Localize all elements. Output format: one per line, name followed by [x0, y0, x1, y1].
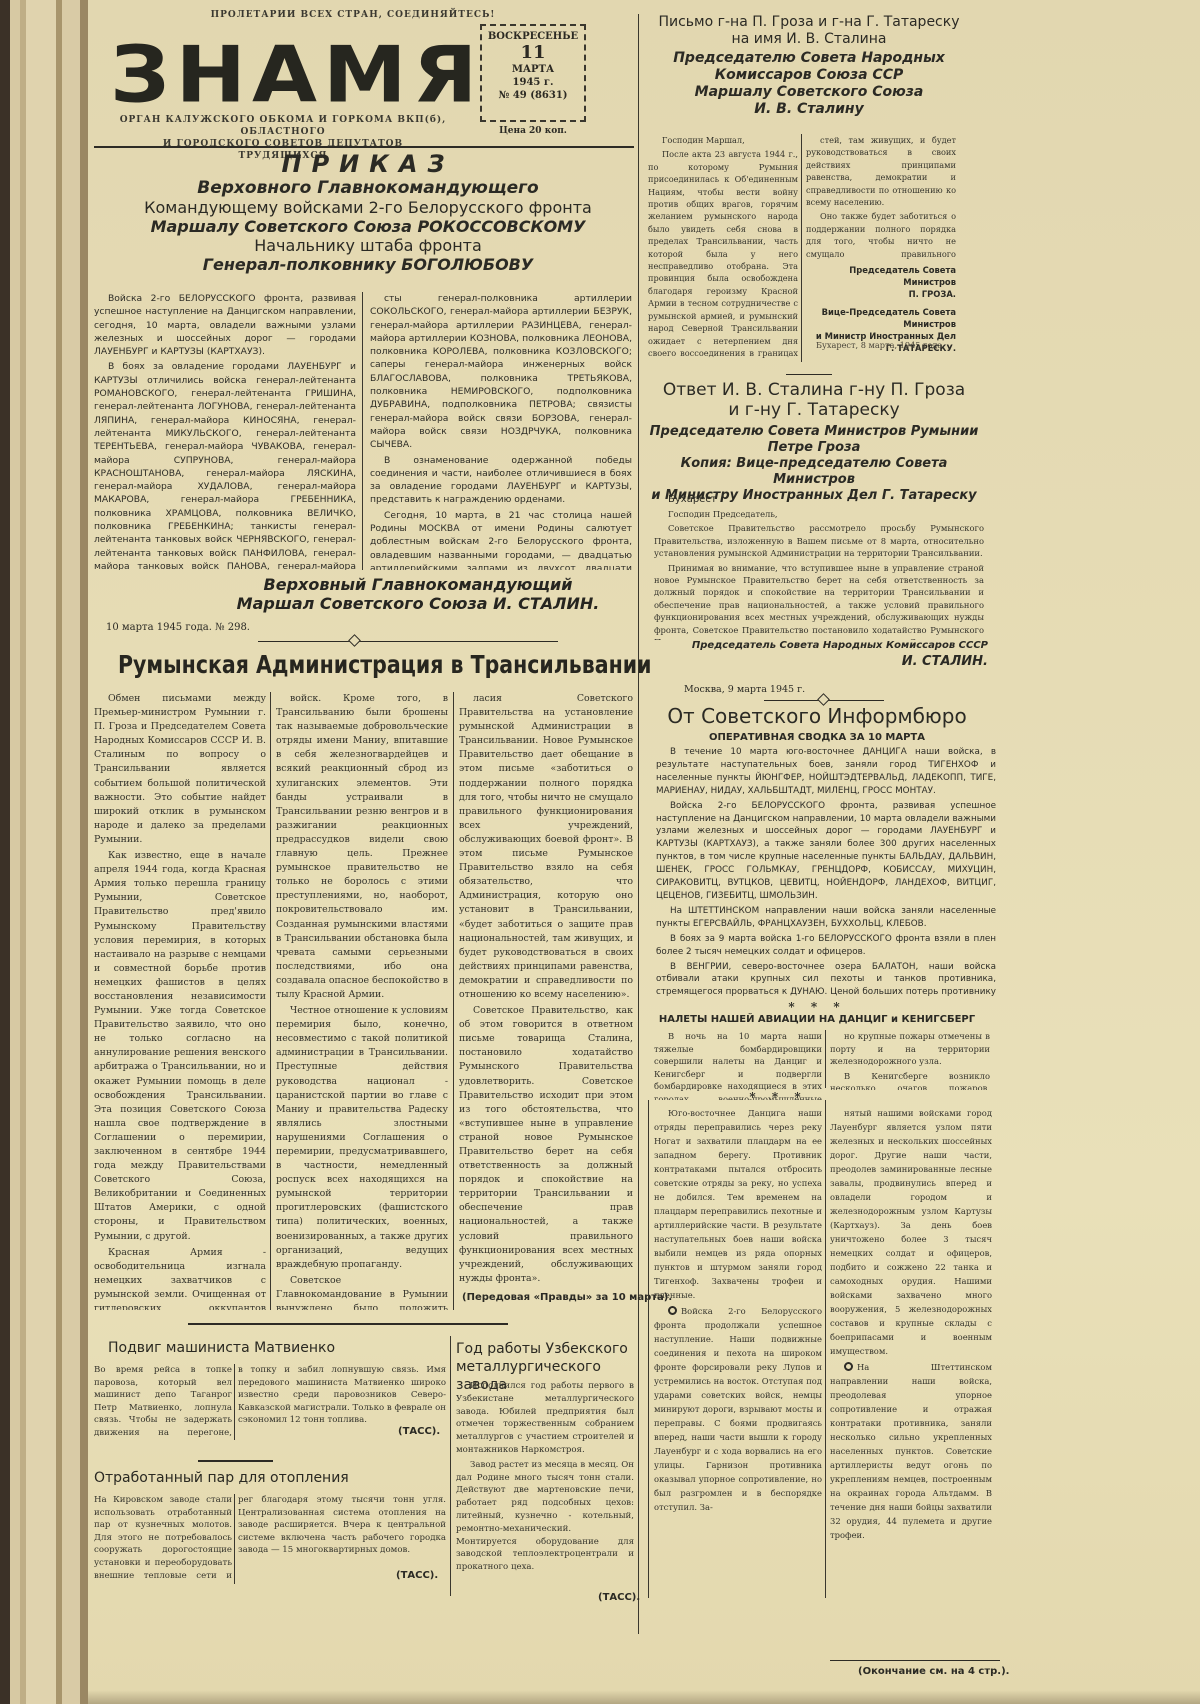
letter-place-date: Бухарест, 8 марта, 1945 года. — [816, 340, 945, 350]
matvienko-source: (ТАСС). — [398, 1426, 440, 1437]
letter-signer-2-role: Вице-Председатель Совета Министров — [806, 306, 956, 330]
reply-paragraph: Советское Правительство рассмотрело прос… — [654, 522, 984, 559]
reply-signature-name: И. СТАЛИН. — [788, 654, 988, 669]
editorial-paragraph: Честное отношение к условиям перемирия б… — [276, 1004, 448, 1272]
editorial-paragraph: Советское Правительство, как об этом гов… — [459, 1004, 633, 1286]
editorial-paragraph: Советское Главнокомандование в Румынии в… — [276, 1274, 448, 1310]
column-divider — [270, 692, 271, 1310]
letter-heading: Письмо г-на П. Гроза и г-на Г. Татареску… — [644, 14, 974, 48]
motto: ПРОЛЕТАРИИ ВСЕХ СТРАН, СОЕДИНЯЙТЕСЬ! — [208, 10, 498, 20]
diamond-ornament — [348, 634, 361, 647]
informburo-paragraph: В боях за 9 марта войска 1-го БЕЛОРУССКО… — [656, 933, 996, 959]
year: 1945 г. — [484, 76, 582, 89]
informburo-paragraph: В ВЕНГРИИ, северо-восточнее озера БАЛАТО… — [656, 961, 996, 1000]
column-divider — [453, 692, 454, 1310]
informburo-title: От Советского Информбюро — [644, 704, 990, 728]
lower-paragraph: Войска 2-го Белорусского фронта продолжа… — [654, 1304, 822, 1514]
order-subtitle: Верховного Главнокомандующего — [108, 178, 628, 198]
newspaper-logo: ЗНАМЯ — [110, 36, 483, 113]
separator — [188, 1323, 508, 1325]
uzbek-paragraph: Исполнился год работы первого в Узбекист… — [456, 1380, 634, 1457]
raids-paragraph: В Кенигсберге возникло несколько очагов … — [830, 1070, 990, 1090]
editorial-column-1: Обмен письмами между Премьер-министром Р… — [94, 692, 266, 1310]
reply-addressee-3: Копия: Вице-председателю Совета Министро… — [644, 456, 984, 488]
column-divider — [648, 1100, 649, 1598]
editorial-paragraph: ласия Советского Правительства на устано… — [459, 692, 633, 1002]
order-column-2: сты генерал-полковника артиллерии СОКОЛЬ… — [370, 292, 632, 570]
order-paragraph: сты генерал-полковника артиллерии СОКОЛЬ… — [370, 292, 632, 452]
order-signature-role: Верховный Главнокомандующий — [208, 575, 628, 594]
order-paragraph: Войска 2-го БЕЛОРУССКОГО фронта, развива… — [94, 292, 356, 358]
uzbek-paragraph: Завод растет из месяца в месяц. Он дал Р… — [456, 1459, 634, 1574]
letter-addressee-1: Председателю Совета Народных — [644, 50, 974, 67]
issue-number: № 49 (8631) — [484, 89, 582, 102]
letter-paragraph: стей, там живущих, и будет руководствова… — [806, 134, 956, 208]
letter-column-2: стей, там живущих, и будет руководствова… — [806, 134, 956, 262]
price: Цена 20 коп. — [480, 126, 586, 136]
letter-addressee-3: Маршалу Советского Союза — [644, 84, 974, 101]
separator — [198, 1460, 273, 1462]
editorial-column-3: ласия Советского Правительства на устано… — [459, 692, 633, 1286]
editorial-paragraph: войск. Кроме того, в Трансильванию были … — [276, 692, 448, 1002]
order-addressee-4: Генерал-полковнику БОГОЛЮБОВУ — [108, 255, 628, 274]
lower-column-1: Юго-восточнее Данцига наши отряды перепр… — [654, 1106, 822, 1594]
letter-paragraph: Оно также будет заботиться о поддержании… — [806, 210, 956, 262]
letter-column-1: Господин Маршал, После акта 23 августа 1… — [648, 134, 798, 362]
informburo-paragraph: На ШТЕТТИНСКОМ направлении наши войска з… — [656, 905, 996, 931]
lower-paragraph-text: Войска 2-го Белорусского фронта продолжа… — [654, 1306, 822, 1512]
editorial-paragraph: Обмен письмами между Премьер-министром Р… — [94, 692, 266, 847]
column-divider — [638, 14, 639, 1634]
reply-place-date: Москва, 9 марта 1945 г. — [684, 684, 805, 695]
stars-separator: * * * — [644, 1000, 990, 1014]
column-divider — [825, 1100, 826, 1598]
matvienko-column-2: в топку и забил лопнувшую связь. Имя пер… — [238, 1364, 446, 1424]
reply-addressee: Председателю Совета Министров Румынии Пе… — [644, 424, 984, 504]
reply-paragraph: Принимая во внимание, что вступившее нын… — [654, 562, 984, 640]
column-divider — [362, 292, 363, 570]
column-divider — [450, 1336, 451, 1596]
letter-paragraph: Господин Маршал, — [648, 134, 798, 146]
steam-column-1: На Кировском заводе стали использовать о… — [94, 1494, 232, 1584]
reply-city: Бухарест — [668, 494, 717, 505]
lower-column-2: нятый нашими войсками город Лауенбург яв… — [830, 1106, 992, 1558]
editorial-paragraph: Красная Армия - освободительница изгнала… — [94, 1246, 266, 1310]
order-paragraph: Сегодня, 10 марта, в 21 час столица наше… — [370, 509, 632, 570]
reply-title-1: Ответ И. В. Сталина г-ну П. Гроза — [644, 380, 984, 400]
day: 11 — [484, 43, 582, 63]
uzbek-source: (ТАСС). — [598, 1592, 640, 1603]
order-column-1: Войска 2-го БЕЛОРУССКОГО фронта, развива… — [94, 292, 356, 570]
reply-signature-role: Председатель Совета Народных Комиссаров … — [688, 640, 988, 651]
bullet-icon — [668, 1306, 677, 1315]
reply-body: Господин Председатель, Советское Правите… — [654, 508, 984, 640]
page-bottom-shadow — [88, 1690, 1200, 1704]
steam-column-2: рег благодаря этому тысячи тонн угля. Це… — [238, 1494, 446, 1570]
newspaper-binding — [0, 0, 88, 1704]
editorial-column-2: войск. Кроме того, в Трансильванию были … — [276, 692, 448, 1310]
order-addressee-3: Начальнику штаба фронта — [108, 236, 628, 255]
lower-paragraph: На Штеттинском направлении наши войска, … — [830, 1360, 992, 1542]
informburo-paragraph: В течение 10 марта юго-восточнее ДАНЦИГА… — [656, 746, 996, 798]
letter-addressee-4: И. В. Сталину — [644, 101, 974, 118]
separator — [786, 374, 832, 375]
matvienko-title: Подвиг машиниста Матвиенко — [108, 1340, 335, 1356]
column-divider — [825, 1030, 826, 1088]
letter-addressee: Председателю Совета Народных Комиссаров … — [644, 50, 974, 118]
stars-separator: * * * — [748, 1090, 808, 1104]
order-title: ПРИКАЗ — [108, 150, 628, 178]
letter-paragraph: После акта 23 августа 1944 г., по которо… — [648, 148, 798, 362]
steam-title: Отработанный пар для отопления — [94, 1470, 349, 1486]
order-date: 10 марта 1945 года. № 298. — [106, 622, 250, 633]
uzbek-body: Исполнился год работы первого в Узбекист… — [456, 1380, 634, 1586]
editorial-title: Румынская Администрация в Трансильвании — [118, 650, 651, 679]
lower-paragraph: Юго-восточнее Данцига наши отряды перепр… — [654, 1106, 822, 1302]
letter-title-1: Письмо г-на П. Гроза и г-на Г. Татареску — [644, 14, 974, 31]
reply-addressee-2: Петре Гроза — [644, 440, 984, 456]
order-signature-name: Маршал Советского Союза И. СТАЛИН. — [208, 594, 628, 613]
raids-column-2: но крупные пожары отмечены в порту и на … — [830, 1030, 990, 1090]
letter-title-2: на имя И. В. Сталина — [644, 31, 974, 48]
lower-paragraph: нятый нашими войсками город Лауенбург яв… — [830, 1106, 992, 1358]
date-box: ВОСКРЕСЕНЬЕ 11 МАРТА 1945 г. № 49 (8631) — [480, 24, 586, 122]
order-paragraph: В боях за овладение городами ЛАУЕНБУРГ и… — [94, 360, 356, 570]
masthead-rule — [94, 146, 634, 148]
order-paragraph: В ознаменование одержанной победы соедин… — [370, 454, 632, 507]
month: МАРТА — [484, 63, 582, 76]
reply-heading: Ответ И. В. Сталина г-ну П. Гроза и г-ну… — [644, 380, 984, 420]
column-divider — [234, 1364, 235, 1440]
bullet-icon — [844, 1362, 853, 1371]
order-addressee-2: Маршалу Советского Союза РОКОССОВСКОМУ — [108, 217, 628, 236]
letter-signer-1-role: Председатель Совета Министров — [806, 264, 956, 288]
lower-paragraph-text: На Штеттинском направлении наши войска, … — [830, 1362, 992, 1540]
order-heading: ПРИКАЗ Верховного Главнокомандующего Ком… — [108, 150, 628, 274]
continued-note: (Окончание см. на 4 стр.). — [858, 1666, 1009, 1677]
raids-paragraph: но крупные пожары отмечены в порту и на … — [830, 1030, 990, 1068]
column-divider — [234, 1494, 235, 1584]
editorial-source: (Передовая «Правды» за 10 марта). — [462, 1292, 672, 1303]
organ-line-1: ОРГАН КАЛУЖСКОГО ОБКОМА И ГОРКОМА ВКП(б)… — [118, 114, 448, 138]
separator — [830, 1660, 1000, 1661]
informburo-paragraph: Войска 2-го БЕЛОРУССКОГО фронта, развива… — [656, 800, 996, 903]
informburo-body: В течение 10 марта юго-восточнее ДАНЦИГА… — [656, 746, 996, 999]
column-divider — [801, 134, 802, 362]
editorial-paragraph: Как известно, еще в начале апреля 1944 г… — [94, 849, 266, 1244]
order-signature: Верховный Главнокомандующий Маршал Совет… — [208, 575, 628, 613]
raids-title: НАЛЕТЫ НАШЕЙ АВИАЦИИ НА ДАНЦИГ и КЕНИГСБ… — [644, 1014, 990, 1025]
reply-paragraph: Господин Председатель, — [654, 508, 984, 520]
matvienko-column-1: Во время рейса в топке паровоза, который… — [94, 1364, 232, 1440]
separator — [258, 641, 558, 642]
letter-signer-1-name: П. ГРОЗА. — [806, 288, 956, 300]
order-addressee-1: Командующему войсками 2-го Белорусского … — [108, 198, 628, 217]
letter-addressee-2: Комиссаров Союза ССР — [644, 67, 974, 84]
informburo-subtitle: ОПЕРАТИВНАЯ СВОДКА ЗА 10 МАРТА — [644, 732, 990, 743]
steam-source: (ТАСС). — [396, 1570, 438, 1581]
reply-addressee-1: Председателю Совета Министров Румынии — [644, 424, 984, 440]
newspaper-page: ПРОЛЕТАРИИ ВСЕХ СТРАН, СОЕДИНЯЙТЕСЬ! ЗНА… — [88, 0, 1200, 1704]
reply-title-2: и г-ну Г. Татареску — [644, 400, 984, 420]
uzbek-title-line-1: Год работы Узбекского — [456, 1340, 636, 1358]
